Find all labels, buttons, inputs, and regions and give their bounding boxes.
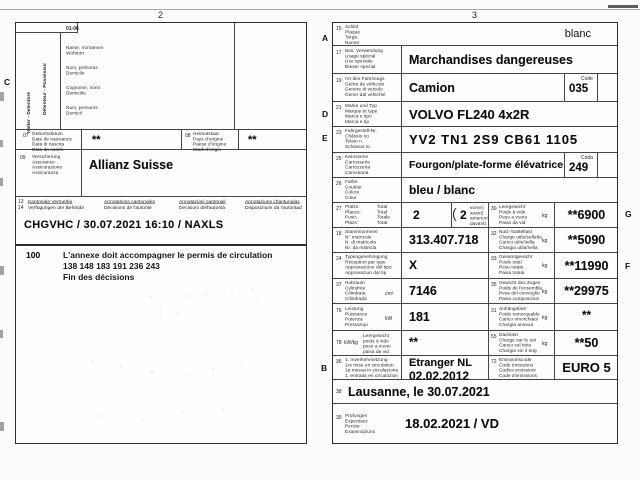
cell-divider — [401, 253, 402, 278]
field-39-value: 18.02.2021 / VD — [405, 416, 499, 431]
field-33-value: **11990 — [554, 259, 619, 273]
field-18-number: 18 — [336, 231, 342, 237]
field-23-label: Fahrgestell-Nr. Châssis no Telaio n. Sch… — [345, 128, 377, 149]
field-33-label: Gesamtgewicht Poids total Peso totale Pa… — [499, 254, 532, 275]
row-21: 21 Marke und Typ Marque et type Marca e … — [333, 102, 617, 127]
row-39: 39 Prüfungen Expertises Perizie Examinaz… — [333, 404, 617, 443]
cell-divider — [488, 253, 489, 278]
holder-vertical-label-fr-rm: Détenteur - Possessur — [42, 63, 48, 115]
field-17-number: 17 — [336, 50, 342, 56]
code-label: Coda — [581, 155, 593, 161]
margin-letter-b: B — [321, 363, 327, 373]
cell-divider — [488, 203, 489, 227]
registration-document-scan: 2 3 C Détenteur - Possessur Halter - Det… — [0, 0, 640, 480]
holder-vertical-label-de-it: Halter - Detentore — [26, 92, 32, 133]
field-55-label: Dachlast Charge sur le toit Carico sul t… — [499, 332, 537, 353]
field-19-number: 19 — [336, 78, 342, 84]
field-19-code-box: Code 035 — [564, 74, 598, 101]
cell-divider — [401, 178, 402, 202]
field-21-value: VOLVO FL240 4x2R — [409, 107, 529, 122]
field-24-label: Typengenehmigung Réception par type Appr… — [345, 254, 392, 275]
field-37-unit: cm³ — [385, 291, 393, 297]
annotations-header-de: Kantonale Vermerke Verfügungen der Behör… — [28, 199, 84, 211]
field-78-value: ** — [409, 337, 418, 349]
field-13-number: 13 — [18, 199, 24, 205]
field-15-number: 15 — [336, 26, 342, 32]
field-32-value: **5090 — [554, 233, 619, 247]
decision-section: 100 L'annexe doit accompagner le permis … — [16, 244, 306, 443]
field-55-value: **50 — [554, 336, 619, 350]
field-35-label: Gewicht des Zuges Poids de l'ensemble Pe… — [499, 280, 542, 301]
cell-divider — [488, 304, 489, 330]
field-27-number: 27 — [336, 206, 342, 212]
field-30-label: Leergewicht Poids à vide Peso a vuoto Pa… — [499, 204, 527, 225]
annotations-header-it-line2: Decisioni dell'autorità — [179, 205, 226, 211]
field-30-unit: kg — [542, 213, 547, 219]
row-18-32: 18 Stammnummer N° matricule N. di matric… — [333, 228, 617, 253]
field-55-unit: kg — [542, 341, 547, 347]
field-25-label: Karosserie Carrosserie Carrozzeria Caros… — [345, 154, 370, 175]
annotations-header-it-line1: Annotazioni cantonali — [179, 199, 226, 205]
row-19: 19 Art des Fahrzeugs Genre de véhicule G… — [333, 74, 617, 102]
decision-number: 100 — [26, 250, 40, 260]
field-37-label: Hubraum Cylindrée Cilindrata Cilindrada — [345, 280, 367, 301]
binding-tick — [0, 422, 4, 431]
field-09-value: Allianz Suisse — [89, 158, 173, 172]
annotations-header-rm-line1: Annotaziuns chantunalas — [245, 199, 302, 205]
row-15: 15 Schild Plaque Targa Numer blanc — [333, 23, 617, 46]
holder-label-de: Name, Vornamen Wohnort — [66, 45, 104, 56]
field-78-label: Leergewicht poids à vide peso a vuoto pa… — [363, 333, 391, 354]
front-seats-brace: ( — [452, 205, 457, 221]
row-23: 23 Fahrgestell-Nr. Châssis no Telaio n. … — [333, 127, 617, 153]
row-09: 09 Versicherung Assurance Assicurazione … — [16, 150, 306, 197]
field-37-value: 7146 — [409, 284, 437, 298]
field-55-number: 55 — [491, 334, 497, 340]
field-07-value: ** — [92, 134, 101, 146]
field-35-number: 35 — [491, 282, 497, 288]
field-18-value: 313.407.718 — [409, 233, 479, 247]
scan-edge-line — [0, 9, 640, 10]
page-right: A D E B G F 15 Schild Plaque Targa Numer… — [332, 22, 618, 444]
field-36-number: 36 — [336, 359, 342, 365]
section-letter-c: C — [4, 77, 10, 87]
row-76-31: 76 Leistung Puissance Potenza Prestaziun… — [333, 304, 617, 331]
row-26: 26 Farbe Couleur Colore Colur bleu / bla… — [333, 178, 617, 203]
field-72-number: 72 — [491, 359, 497, 365]
field-76-value: 181 — [409, 310, 430, 324]
page-number-left: 2 — [158, 10, 163, 20]
page-number-right: 3 — [472, 10, 477, 20]
corner-code: 01-06 — [66, 26, 79, 32]
field-15-label: Schild Plaque Targa Numer — [345, 24, 360, 45]
field-35-unit: kg — [542, 289, 547, 295]
field-27-label: Plätze: Places: Posti: Plazs: — [345, 204, 361, 225]
field-35-value: **29975 — [554, 284, 619, 298]
row-24-33: 24 Typengenehmigung Réception par type A… — [333, 253, 617, 279]
field-27-value-total: 2 — [413, 208, 420, 222]
annotations-header-de-line2: Verfügungen der Behörde — [28, 205, 84, 211]
scan-edge-blob — [608, 5, 638, 8]
field-36-value-line1: Etranger NL — [409, 357, 472, 369]
field-26-value: bleu / blanc — [409, 183, 475, 197]
field-26-number: 26 — [336, 181, 342, 187]
cell-divider — [238, 130, 239, 149]
annotations-header-rm: Annotaziuns chantunalas Disposiziuns da … — [245, 199, 302, 211]
field-17-label: Bes. Verwendung Usage spécial Uso specia… — [345, 48, 383, 69]
scan-noise — [0, 0, 2, 2]
field-78-unit: kW/kg — [344, 340, 358, 346]
field-31-value: ** — [554, 310, 619, 322]
field-37-number: 37 — [336, 282, 342, 288]
field-36-label: 1. Inverkehrsetzung 1re mise en circulat… — [345, 357, 398, 378]
annotations-header-it: Annotazioni cantonali Decisioni dell'aut… — [179, 199, 226, 211]
field-76-label: Leistung Puissance Potenza Prestaziun — [345, 306, 368, 327]
cell-divider — [488, 279, 489, 303]
margin-letter-d: D — [322, 109, 328, 119]
binding-tick — [0, 178, 3, 186]
row-25: 25 Karosserie Carrosserie Carrozzeria Ca… — [333, 153, 617, 178]
cell-divider — [401, 74, 402, 101]
cell-divider — [81, 150, 82, 196]
holder-label-rm: Num, prenums Domicil — [66, 105, 98, 116]
field-32-label: Nutz-/Sattellast Charge utile/sellette C… — [499, 229, 542, 250]
field-38-number: 38 — [336, 389, 342, 395]
field-24-number: 24 — [336, 256, 342, 262]
field-76-number: 76 — [336, 308, 342, 314]
cell-divider — [181, 130, 182, 149]
margin-letter-e: E — [322, 133, 328, 143]
annotations-value: CHGVHC / 30.07.2021 16:10 / NAXLS — [24, 219, 223, 231]
field-19-value: Camion — [409, 81, 455, 95]
holder-label-it: Cognome, nomi Domicilio — [66, 85, 100, 96]
field-18-label: Stammnummer N° matricule N. di matricola… — [345, 229, 378, 250]
cell-divider — [401, 331, 402, 355]
field-32-unit: kg — [542, 238, 547, 244]
field-21-label: Marke und Typ Marque et type Marca e tip… — [345, 103, 377, 124]
field-33-number: 33 — [491, 256, 497, 262]
field-39-number: 39 — [336, 415, 342, 421]
cell-divider — [488, 356, 489, 379]
annotations-header-fr-line1: Annotations cantonales — [104, 199, 155, 205]
cell-divider — [401, 127, 402, 152]
code-label: Code — [581, 76, 593, 82]
field-25-code-value: 249 — [569, 162, 588, 174]
field-21-number: 21 — [336, 105, 342, 111]
field-27-front-label: vorne) avant) anteriori) davant) — [470, 205, 489, 226]
field-23-value: YV2 TN1 2S9 CB61 1105 — [409, 132, 578, 147]
field-25-value: Fourgon/plate-forme élévatrice — [409, 159, 563, 171]
field-25-code-box: Coda 249 — [564, 153, 598, 177]
row-36-72: 36 1. Inverkehrsetzung 1re mise en circu… — [333, 356, 617, 380]
field-72-label: Emissionscode Code émissions Codice emis… — [499, 357, 537, 378]
field-30-value: **6900 — [554, 208, 619, 222]
field-08-number: 08 — [185, 133, 191, 139]
field-24-value: X — [409, 258, 417, 272]
field-39-label: Prüfungen Expertises Perizie Examinaziun… — [345, 413, 375, 434]
margin-letter-f: F — [625, 261, 630, 271]
cell-divider — [488, 228, 489, 252]
field-31-number: 31 — [491, 308, 497, 314]
row-38: 38 Lausanne, le 30.07.2021 — [333, 380, 617, 404]
annotations-header-rm-line2: Disposiziuns da l'autoritad — [245, 205, 302, 211]
field-32-number: 32 — [491, 231, 497, 237]
field-07-number: 07 — [23, 133, 29, 139]
field-23-number: 23 — [336, 130, 342, 136]
field-25-number: 25 — [336, 156, 342, 162]
field-08-value: ** — [248, 134, 257, 146]
holder-divider — [234, 23, 235, 129]
field-30-number: 30 — [491, 206, 497, 212]
row-17: 17 Bes. Verwendung Usage spécial Uso spe… — [333, 46, 617, 74]
decision-text: L'annexe doit accompagner le permis de c… — [63, 250, 272, 283]
cell-divider — [401, 304, 402, 330]
row-78-55: 78 kW/kg Leergewicht poids à vide peso a… — [333, 331, 617, 356]
cell-divider — [401, 153, 402, 177]
field-72-value: EURO 5 — [554, 360, 619, 375]
page-left: Détenteur - Possessur Halter - Detentore… — [15, 22, 307, 444]
field-19-label: Art des Fahrzeugs Genre de véhicule Gene… — [345, 76, 385, 97]
field-09-number: 09 — [20, 155, 26, 161]
row-27-30: 27 Plätze: Places: Posti: Plazs: Total T… — [333, 203, 617, 228]
field-15-value: blanc — [531, 28, 591, 40]
field-31-unit: kg — [542, 315, 547, 321]
cell-divider — [401, 46, 402, 73]
cell-divider — [401, 228, 402, 252]
cell-divider — [401, 203, 402, 227]
cell-divider — [401, 102, 402, 126]
row-37-35: 37 Hubraum Cylindrée Cilindrata Cilindra… — [333, 279, 617, 304]
cell-divider — [401, 279, 402, 303]
binding-tick — [0, 92, 4, 101]
field-17-value: Marchandises dangereuses — [409, 53, 573, 67]
field-78-number: 78 — [336, 340, 342, 346]
margin-letter-a: A — [322, 33, 328, 43]
cell-divider — [488, 331, 489, 355]
field-27-label-total: Total Total Totale Total — [377, 204, 390, 225]
row-13-14: 13 14 Kantonale Vermerke Verfügungen der… — [16, 197, 306, 244]
field-38-value: Lausanne, le 30.07.2021 — [348, 385, 490, 399]
field-27-value-front: 2 — [460, 208, 467, 222]
annotations-header-fr-line2: Décisions de l'autorité — [104, 205, 155, 211]
holder-label-fr: Nom, prénoms Domicile — [66, 65, 98, 76]
cell-divider — [401, 356, 402, 379]
field-09-label: Versicherung Assurance Assicurazione Ass… — [32, 154, 62, 175]
cell-divider — [81, 130, 82, 149]
margin-letter-g: G — [625, 209, 632, 219]
field-76-unit: kW — [385, 316, 392, 322]
field-19-code-value: 035 — [569, 83, 588, 95]
row-07-08: 07 Geburtsdatum Date de naissance Data d… — [16, 129, 306, 150]
holder-vertical-strip: Détenteur - Possessur Halter - Detentore — [16, 33, 61, 129]
binding-tick — [0, 266, 4, 275]
field-26-label: Farbe Couleur Colore Colur — [345, 179, 362, 200]
binding-tick — [0, 330, 3, 338]
field-31-label: Anhängelast Poids remorquable Carico rim… — [499, 306, 540, 327]
annotations-header-fr: Annotations cantonales Décisions de l'au… — [104, 199, 155, 211]
binding-tick — [0, 140, 3, 147]
field-33-unit: kg — [542, 263, 547, 269]
field-14-number: 14 — [18, 205, 24, 211]
